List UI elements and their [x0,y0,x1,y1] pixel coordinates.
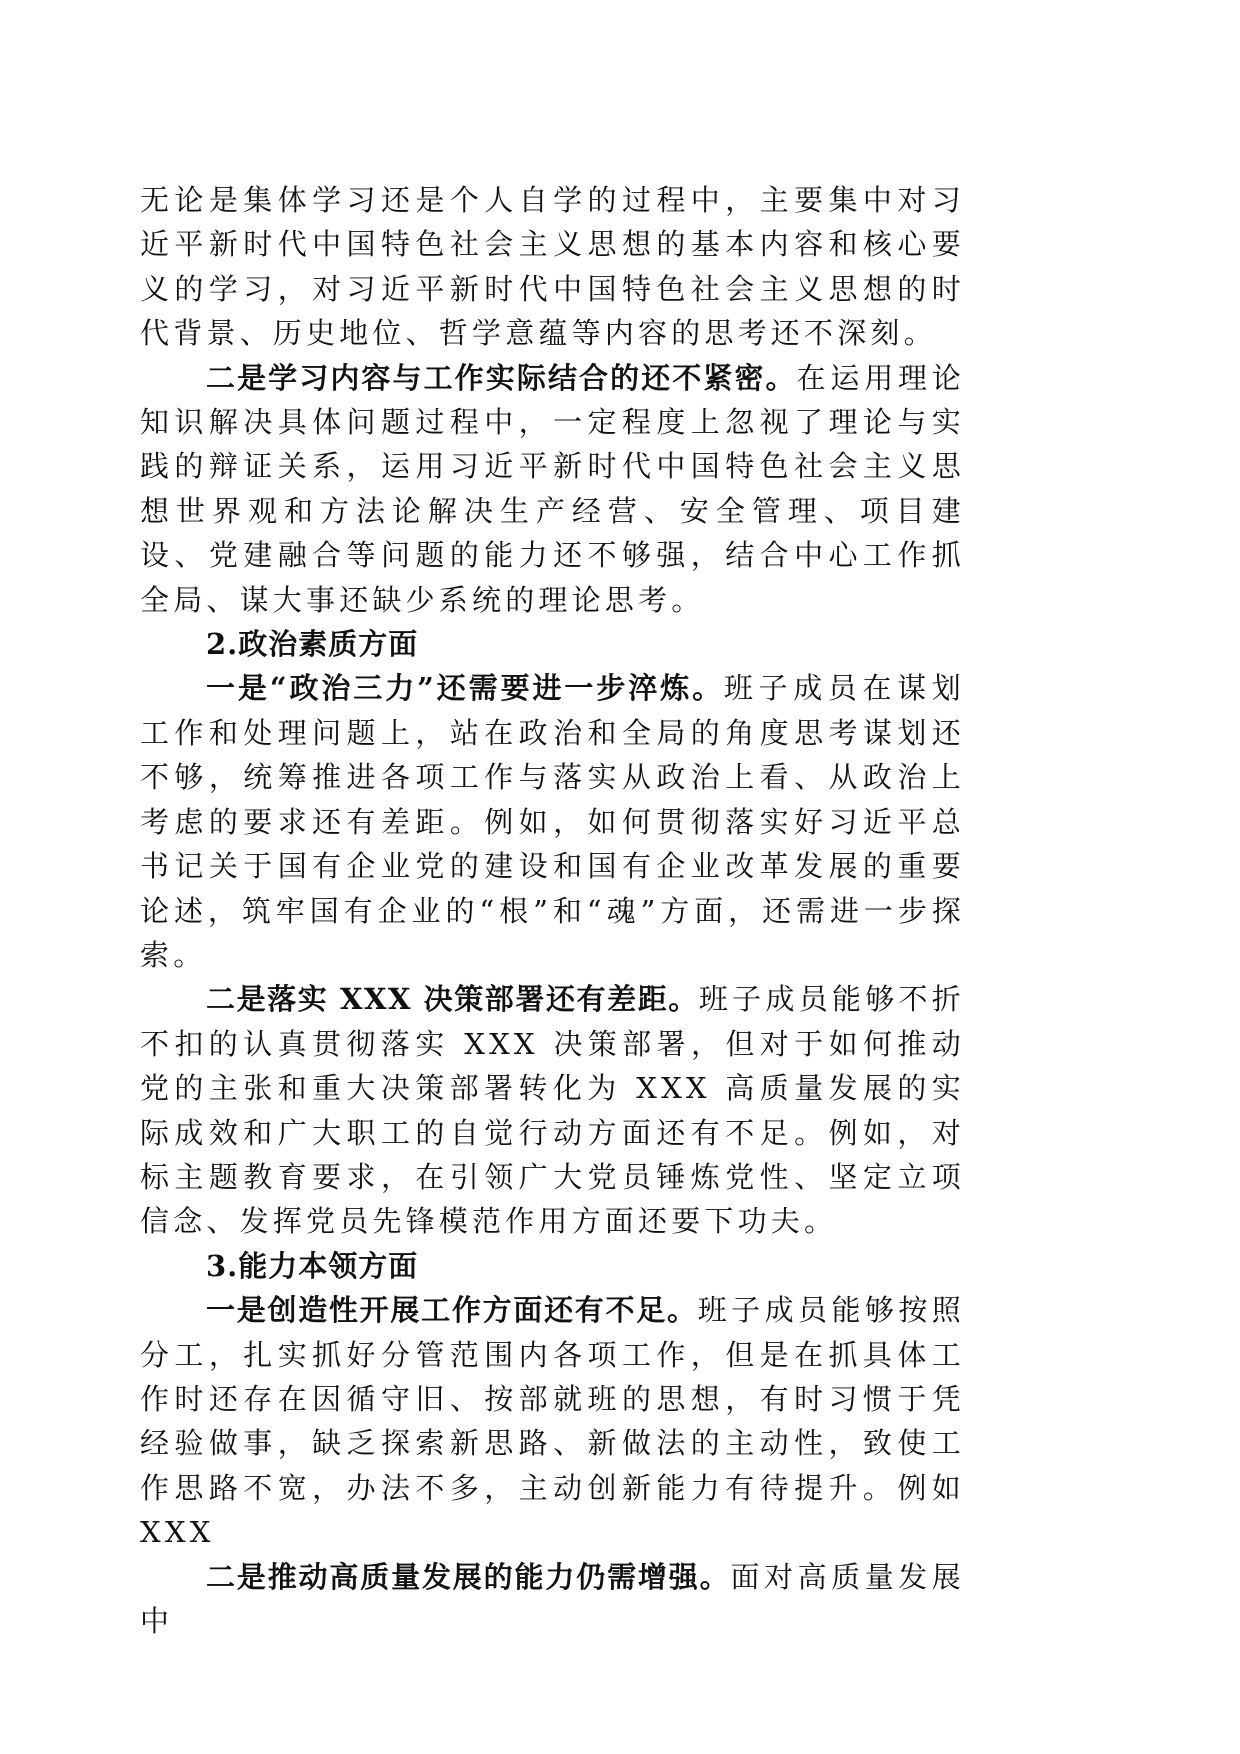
paragraph-high-quality-development: 二是推动高质量发展的能力仍需增强。面对高质量发展中 [140,1555,965,1644]
paragraph-lead: 二是推动高质量发展的能力仍需增强。 [206,1560,730,1594]
paragraph-text: 无论是集体学习还是个人自学的过程中，主要集中对习近平新时代中国特色社会主义思想的… [140,183,965,350]
paragraph-creative-work: 一是创造性开展工作方面还有不足。班子成员能够按照分工，扎实抓好分管范围内各项工作… [140,1288,965,1554]
paragraph-lead: 一是“政治三力”还需要进一步淬炼。 [206,671,724,705]
paragraph-text: 班子成员能够不折不扣的认真贯彻落实 XXX 决策部署，但对于如何推动党的主张和重… [140,982,965,1238]
paragraph-lead: 二是学习内容与工作实际结合的还不紧密。 [206,361,797,395]
paragraph-decision-implementation: 二是落实 XXX 决策部署还有差距。班子成员能够不折不扣的认真贯彻落实 XXX … [140,977,965,1243]
paragraph-lead: 二是落实 XXX 决策部署还有差距。 [206,982,699,1016]
paragraph-study-work-integration: 二是学习内容与工作实际结合的还不紧密。在运用理论知识解决具体问题过程中，一定程度… [140,356,965,622]
paragraph-text: 在运用理论知识解决具体问题过程中，一定程度上忽视了理论与实践的辩证关系，运用习近… [140,361,965,617]
paragraph-political-three-abilities: 一是“政治三力”还需要进一步淬炼。班子成员在谋划工作和处理问题上，站在政治和全局… [140,666,965,977]
paragraph-lead: 一是创造性开展工作方面还有不足。 [206,1293,698,1327]
paragraph-study-content-continued: 无论是集体学习还是个人自学的过程中，主要集中对习近平新时代中国特色社会主义思想的… [140,178,965,356]
section-heading-ability-skills: 3.能力本领方面 [140,1244,965,1288]
section-heading-political-quality: 2.政治素质方面 [140,622,965,666]
paragraph-text: 班子成员能够按照分工，扎实抓好分管范围内各项工作，但是在抓具体工作时还存在因循守… [140,1293,965,1549]
paragraph-text: 班子成员在谋划工作和处理问题上，站在政治和全局的角度思考谋划还不够，统筹推进各项… [140,671,965,971]
document-page: 无论是集体学习还是个人自学的过程中，主要集中对习近平新时代中国特色社会主义思想的… [140,178,965,1643]
